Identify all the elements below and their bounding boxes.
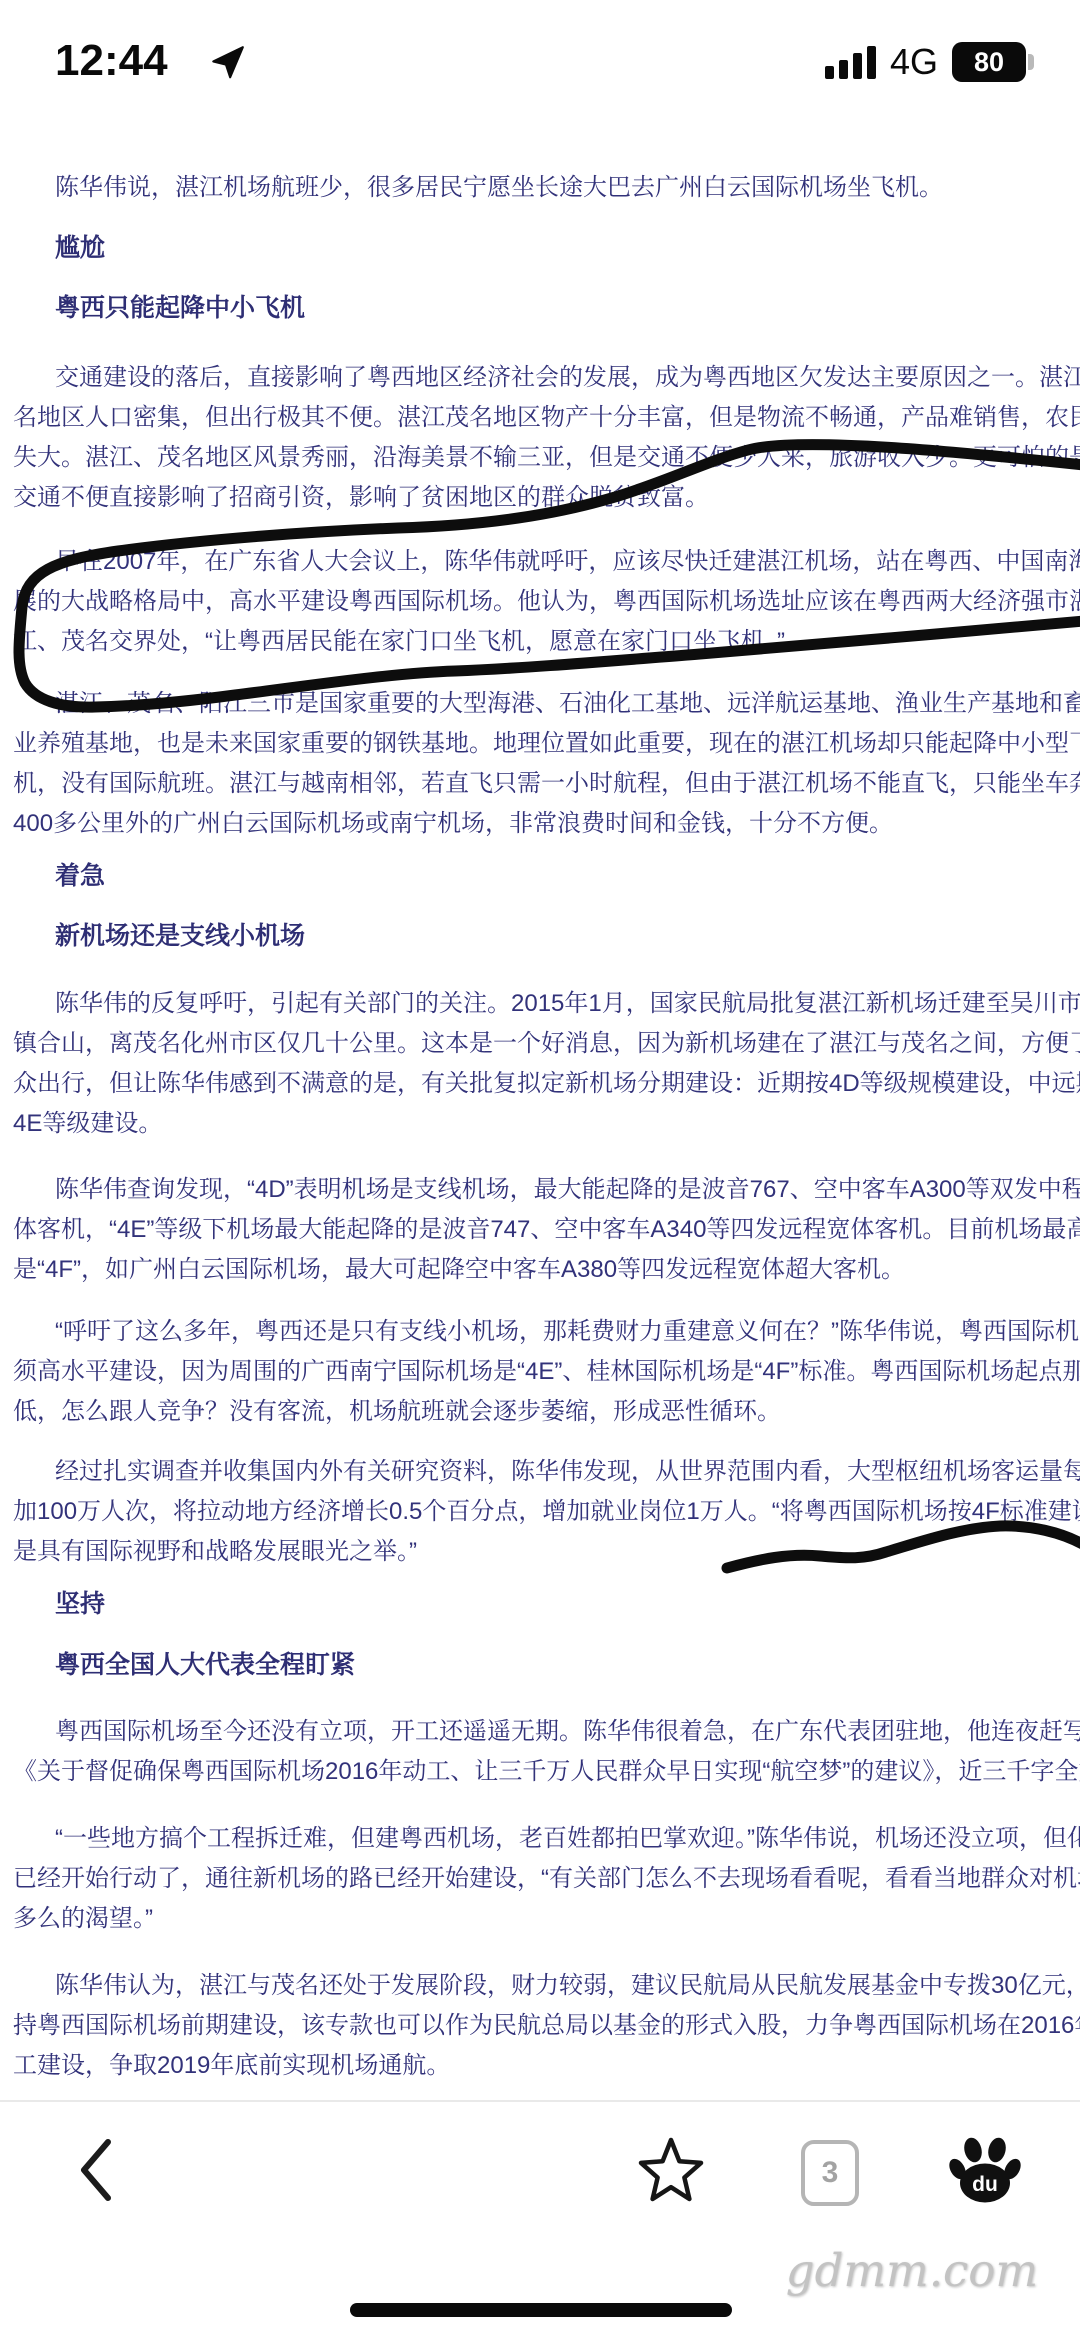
back-button[interactable]	[72, 2138, 118, 2202]
paragraph: “呼吁了这么多年，粤西还是只有支线小机场，那耗费财力重建意义何在？”陈华伟说，粤…	[13, 1312, 1067, 1432]
article-line: 新机场还是支线小机场	[13, 916, 1067, 956]
article-line: 400多公里外的广州白云国际机场或南宁机场，非常浪费时间和金钱，十分不方便。	[13, 804, 1067, 844]
paragraph: 交通建设的落后，直接影响了粤西地区经济社会的发展，成为粤西地区欠发达主要原因之一…	[13, 358, 1067, 518]
article-line: 交通建设的落后，直接影响了粤西地区经济社会的发展，成为粤西地区欠发达主要原因之一…	[13, 358, 1067, 398]
article-line: “呼吁了这么多年，粤西还是只有支线小机场，那耗费财力重建意义何在？”陈华伟说，粤…	[13, 1312, 1067, 1352]
section-heading: 尴尬	[13, 228, 1067, 268]
article-line: 业养殖基地，也是未来国家重要的钢铁基地。地理位置如此重要，现在的湛江机场却只能起…	[13, 724, 1067, 764]
article-line: 早在2007年，在广东省人大会议上，陈华伟就呼吁，应该尽快迁建湛江机场，站在粤西…	[13, 542, 1067, 582]
article-line: 陈华伟的反复呼吁，引起有关部门的关注。2015年1月，国家民航局批复湛江新机场迁…	[13, 984, 1067, 1024]
paragraph: 陈华伟认为，湛江与茂名还处于发展阶段，财力较弱，建议民航局从民航发展基金中专拨3…	[13, 1966, 1067, 2086]
phone-screen: 12:44 4G 80 陈华伟说，湛江机场航班少，很多居民宁愿坐长途大巴去广州白…	[0, 0, 1080, 2339]
paragraph: 经过扎实调查并收集国内外有关研究资料，陈华伟发现，从世界范围内看，大型枢纽机场客…	[13, 1452, 1067, 1572]
section-heading: 着急	[13, 856, 1067, 896]
article-line: 低，怎么跟人竞争？没有客流，机场航班就会逐步萎缩，形成恶性循环。	[13, 1392, 1067, 1432]
article-line: 已经开始行动了，通往新机场的路已经开始建设，“有关部门怎么不去现场看看呢，看看当…	[13, 1859, 1067, 1899]
section-heading: 粤西只能起降中小飞机	[13, 288, 1067, 328]
article-line: 4E等级建设。	[13, 1104, 1067, 1144]
article-line: 众出行，但让陈华伟感到不满意的是，有关批复拟定新机场分期建设：近期按4D等级规模…	[13, 1064, 1067, 1104]
article-line: 粤西国际机场至今还没有立项，开工还遥遥无期。陈华伟很着急，在广东代表团驻地，他连…	[13, 1712, 1067, 1752]
article-line: 工建设，争取2019年底前实现机场通航。	[13, 2046, 1067, 2086]
article-line: 机，没有国际航班。湛江与越南相邻，若直飞只需一小时航程，但由于湛江机场不能直飞，…	[13, 764, 1067, 804]
article-line: 陈华伟查询发现，“4D”表明机场是支线机场，最大能起降的是波音767、空中客车A…	[13, 1170, 1067, 1210]
article-line: 江、茂名交界处，“让粤西居民能在家门口坐飞机，愿意在家门口坐飞机。”	[13, 622, 1067, 662]
article-line: 失大。湛江、茂名地区风景秀丽，沿海美景不输三亚，但是交通不便少人来，旅游收入少。…	[13, 438, 1067, 478]
article-line: 加100万人次，将拉动地方经济增长0.5个百分点，增加就业岗位1万人。“将粤西国…	[13, 1492, 1067, 1532]
paragraph: 湛江、茂名、阳江三市是国家重要的大型海港、石油化工基地、远洋航运基地、渔业生产基…	[13, 684, 1067, 844]
article-line: 陈华伟说，湛江机场航班少，很多居民宁愿坐长途大巴去广州白云国际机场坐飞机。	[13, 168, 1067, 208]
article-line: 着急	[13, 856, 1067, 896]
article-line: 交通不便直接影响了招商引资，影响了贫困地区的群众脱贫致富。	[13, 478, 1067, 518]
article-line: 须高水平建设，因为周围的广西南宁国际机场是“4E”、桂林国际机场是“4F”标准。…	[13, 1352, 1067, 1392]
section-heading: 坚持	[13, 1584, 1067, 1624]
svg-text:du: du	[972, 2173, 998, 2196]
home-indicator[interactable]	[350, 2303, 732, 2317]
paragraph: 陈华伟的反复呼吁，引起有关部门的关注。2015年1月，国家民航局批复湛江新机场迁…	[13, 984, 1067, 1144]
article-line: 体客机，“4E”等级下机场最大能起降的是波音747、空中客车A340等四发远程宽…	[13, 1210, 1067, 1250]
paragraph: 早在2007年，在广东省人大会议上，陈华伟就呼吁，应该尽快迁建湛江机场，站在粤西…	[13, 542, 1067, 662]
article-line: 粤西全国人大代表全程盯紧	[13, 1645, 1067, 1685]
paragraph: 陈华伟说，湛江机场航班少，很多居民宁愿坐长途大巴去广州白云国际机场坐飞机。	[13, 168, 1067, 208]
article-line: 是“4F”，如广州白云国际机场，最大可起降空中客车A380等四发远程宽体超大客机…	[13, 1250, 1067, 1290]
tab-count: 3	[822, 2156, 839, 2190]
article-line: 多么的渴望。”	[13, 1899, 1067, 1939]
paragraph: 陈华伟查询发现，“4D”表明机场是支线机场，最大能起降的是波音767、空中客车A…	[13, 1170, 1067, 1290]
article-line: 《关于督促确保粤西国际机场2016年动工、让三千万人民群众早日实现“航空梦”的建…	[13, 1752, 1067, 1792]
article-body: 陈华伟说，湛江机场航班少，很多居民宁愿坐长途大巴去广州白云国际机场坐飞机。尴尬粤…	[13, 0, 1067, 2086]
article-line: 展的大战略格局中，高水平建设粤西国际机场。他认为，粤西国际机场选址应该在粤西两大…	[13, 582, 1067, 622]
article-line: 粤西只能起降中小飞机	[13, 288, 1067, 328]
article-line: 坚持	[13, 1584, 1067, 1624]
article-line: 经过扎实调查并收集国内外有关研究资料，陈华伟发现，从世界范围内看，大型枢纽机场客…	[13, 1452, 1067, 1492]
article-line: 名地区人口密集，但出行极其不便。湛江茂名地区物产十分丰富，但是物流不畅通，产品难…	[13, 398, 1067, 438]
section-heading: 粤西全国人大代表全程盯紧	[13, 1645, 1067, 1685]
article-line: 镇合山，离茂名化州市区仅几十公里。这本是一个好消息，因为新机场建在了湛江与茂名之…	[13, 1024, 1067, 1064]
favorite-star-button[interactable]	[638, 2136, 704, 2202]
watermark: gdmm.com	[786, 2244, 1038, 2297]
article-line: 尴尬	[13, 228, 1067, 268]
paragraph: “一些地方搞个工程拆迁难，但建粤西机场，老百姓都拍巴掌欢迎。”陈华伟说，机场还没…	[13, 1819, 1067, 1939]
article-line: 陈华伟认为，湛江与茂名还处于发展阶段，财力较弱，建议民航局从民航发展基金中专拨3…	[13, 1966, 1067, 2006]
article-line: “一些地方搞个工程拆迁难，但建粤西机场，老百姓都拍巴掌欢迎。”陈华伟说，机场还没…	[13, 1819, 1067, 1859]
section-heading: 新机场还是支线小机场	[13, 916, 1067, 956]
tab-counter-button[interactable]: 3	[801, 2140, 859, 2206]
baidu-logo-button[interactable]: du	[948, 2134, 1022, 2204]
paragraph: 粤西国际机场至今还没有立项，开工还遥遥无期。陈华伟很着急，在广东代表团驻地，他连…	[13, 1712, 1067, 1792]
article-line: 持粤西国际机场前期建设，该专款也可以作为民航总局以基金的形式入股，力争粤西国际机…	[13, 2006, 1067, 2046]
article-line: 湛江、茂名、阳江三市是国家重要的大型海港、石油化工基地、远洋航运基地、渔业生产基…	[13, 684, 1067, 724]
article-line: 是具有国际视野和战略发展眼光之举。”	[13, 1532, 1067, 1572]
